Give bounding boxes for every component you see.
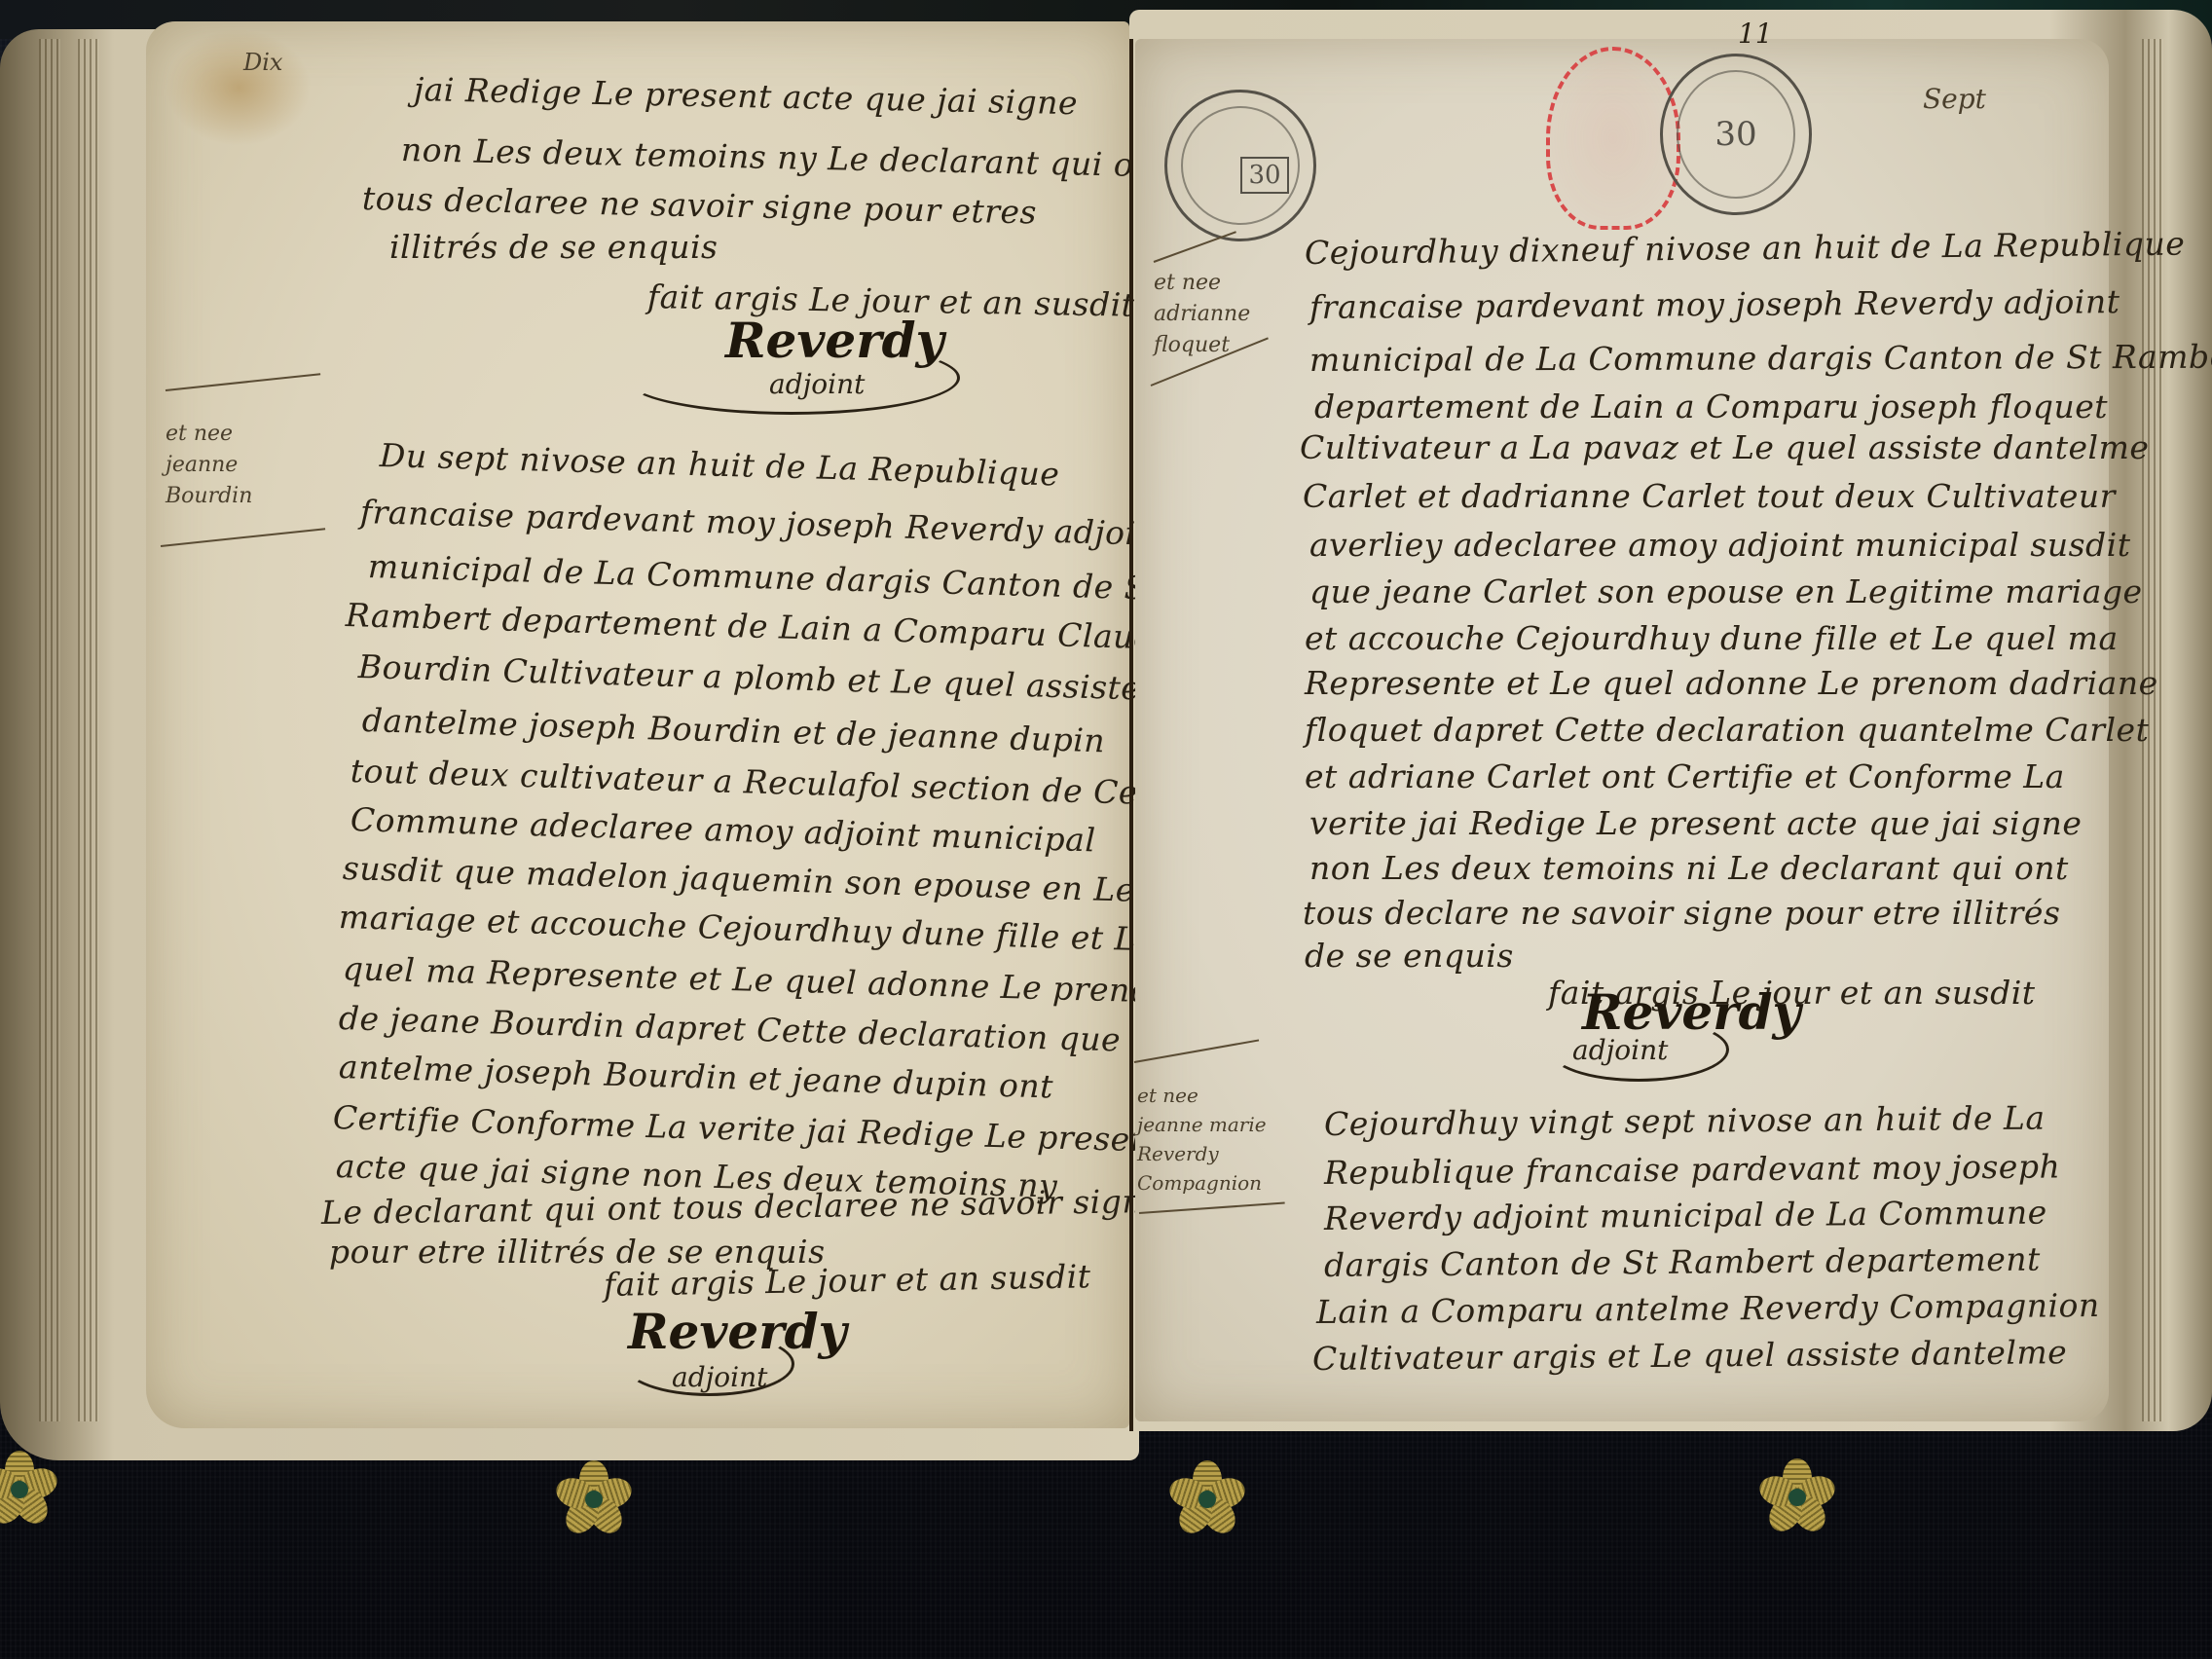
right-entry2-line-6: Cultivateur argis et Le quel assiste dan… — [1312, 1333, 2068, 1378]
right-entry2-margin-note: et nee jeanne marie Reverdy Compagnion — [1137, 1081, 1267, 1198]
right-entry1-line-11: floquet dapret Cette declaration quantel… — [1305, 711, 2149, 749]
right-entry1-line-12: et adriane Carlet ont Certifie et Confor… — [1305, 757, 2065, 795]
left-page-folio: Dix — [243, 49, 282, 76]
cloth-flower-icon — [0, 1451, 58, 1529]
signature-flourish — [1548, 1017, 1729, 1082]
water-stain — [166, 29, 312, 146]
round-stamp-icon: 30 — [1660, 54, 1812, 215]
right-entry1-line-4: departement de Lain a Comparu joseph flo… — [1314, 387, 2108, 425]
right-entry1-line-7: averliey adeclaree amoy adjoint municipa… — [1309, 526, 2130, 564]
right-entry1-line-16: de se enquis — [1305, 937, 1514, 975]
right-entry2-line-2: Republique francaise pardevant moy josep… — [1324, 1147, 2061, 1192]
cloth-flower-icon — [1168, 1460, 1246, 1538]
signature-flourish — [623, 1332, 794, 1396]
right-entry2-line-3: Reverdy adjoint municipal de La Commune — [1324, 1194, 2047, 1237]
cloth-flower-icon — [1758, 1458, 1836, 1536]
tax-stamp-icon: 30 — [1164, 90, 1316, 241]
signature-flourish — [623, 341, 960, 415]
right-entry1-line-9: et accouche Cejourdhuy dune fille et Le … — [1305, 619, 2119, 657]
book-gutter — [1129, 39, 1133, 1431]
right-entry1-line-3: municipal de La Commune dargis Canton de… — [1309, 338, 2212, 379]
right-entry1-line-15: tous declare ne savoir signe pour etre i… — [1303, 894, 2060, 932]
page-edges-left-2 — [78, 39, 99, 1421]
left-entry1-line-4: illitrés de se enquis — [389, 228, 718, 266]
right-page-number: 11 — [1738, 18, 1773, 50]
right-entry2-line-1: Cejourdhuy vingt sept nivose an huit de … — [1324, 1099, 2046, 1143]
right-entry1-line-10: Represente et Le quel adonne Le prenom d… — [1305, 664, 2158, 702]
left-entry2-margin-note: et nee jeanne Bourdin — [166, 419, 252, 512]
right-entry1-line-2: francaise pardevant moy joseph Reverdy a… — [1309, 282, 2120, 326]
right-entry1-line-14: non Les deux temoins ni Le declarant qui… — [1309, 849, 2069, 887]
right-entry1-line-8: que jeane Carlet son epouse en Legitime … — [1309, 572, 2143, 610]
right-entry1-margin-note: et nee adrianne floquet — [1154, 268, 1250, 361]
page-edges-left — [39, 39, 60, 1421]
cloth-flower-icon — [555, 1460, 633, 1538]
right-entry1-line-5: Cultivateur a La pavaz et Le quel assist… — [1300, 428, 2149, 466]
right-entry2-line-4: dargis Canton de St Rambert departement — [1324, 1240, 2041, 1284]
right-entry1-line-13: verite jai Redige Le present acte que ja… — [1309, 804, 2082, 842]
right-entry1-line-6: Carlet et dadrianne Carlet tout deux Cul… — [1303, 477, 2116, 515]
right-page-folio: Sept — [1923, 83, 1986, 115]
right-entry2-line-5: Lain a Comparu antelme Reverdy Compagnio… — [1316, 1286, 2100, 1331]
